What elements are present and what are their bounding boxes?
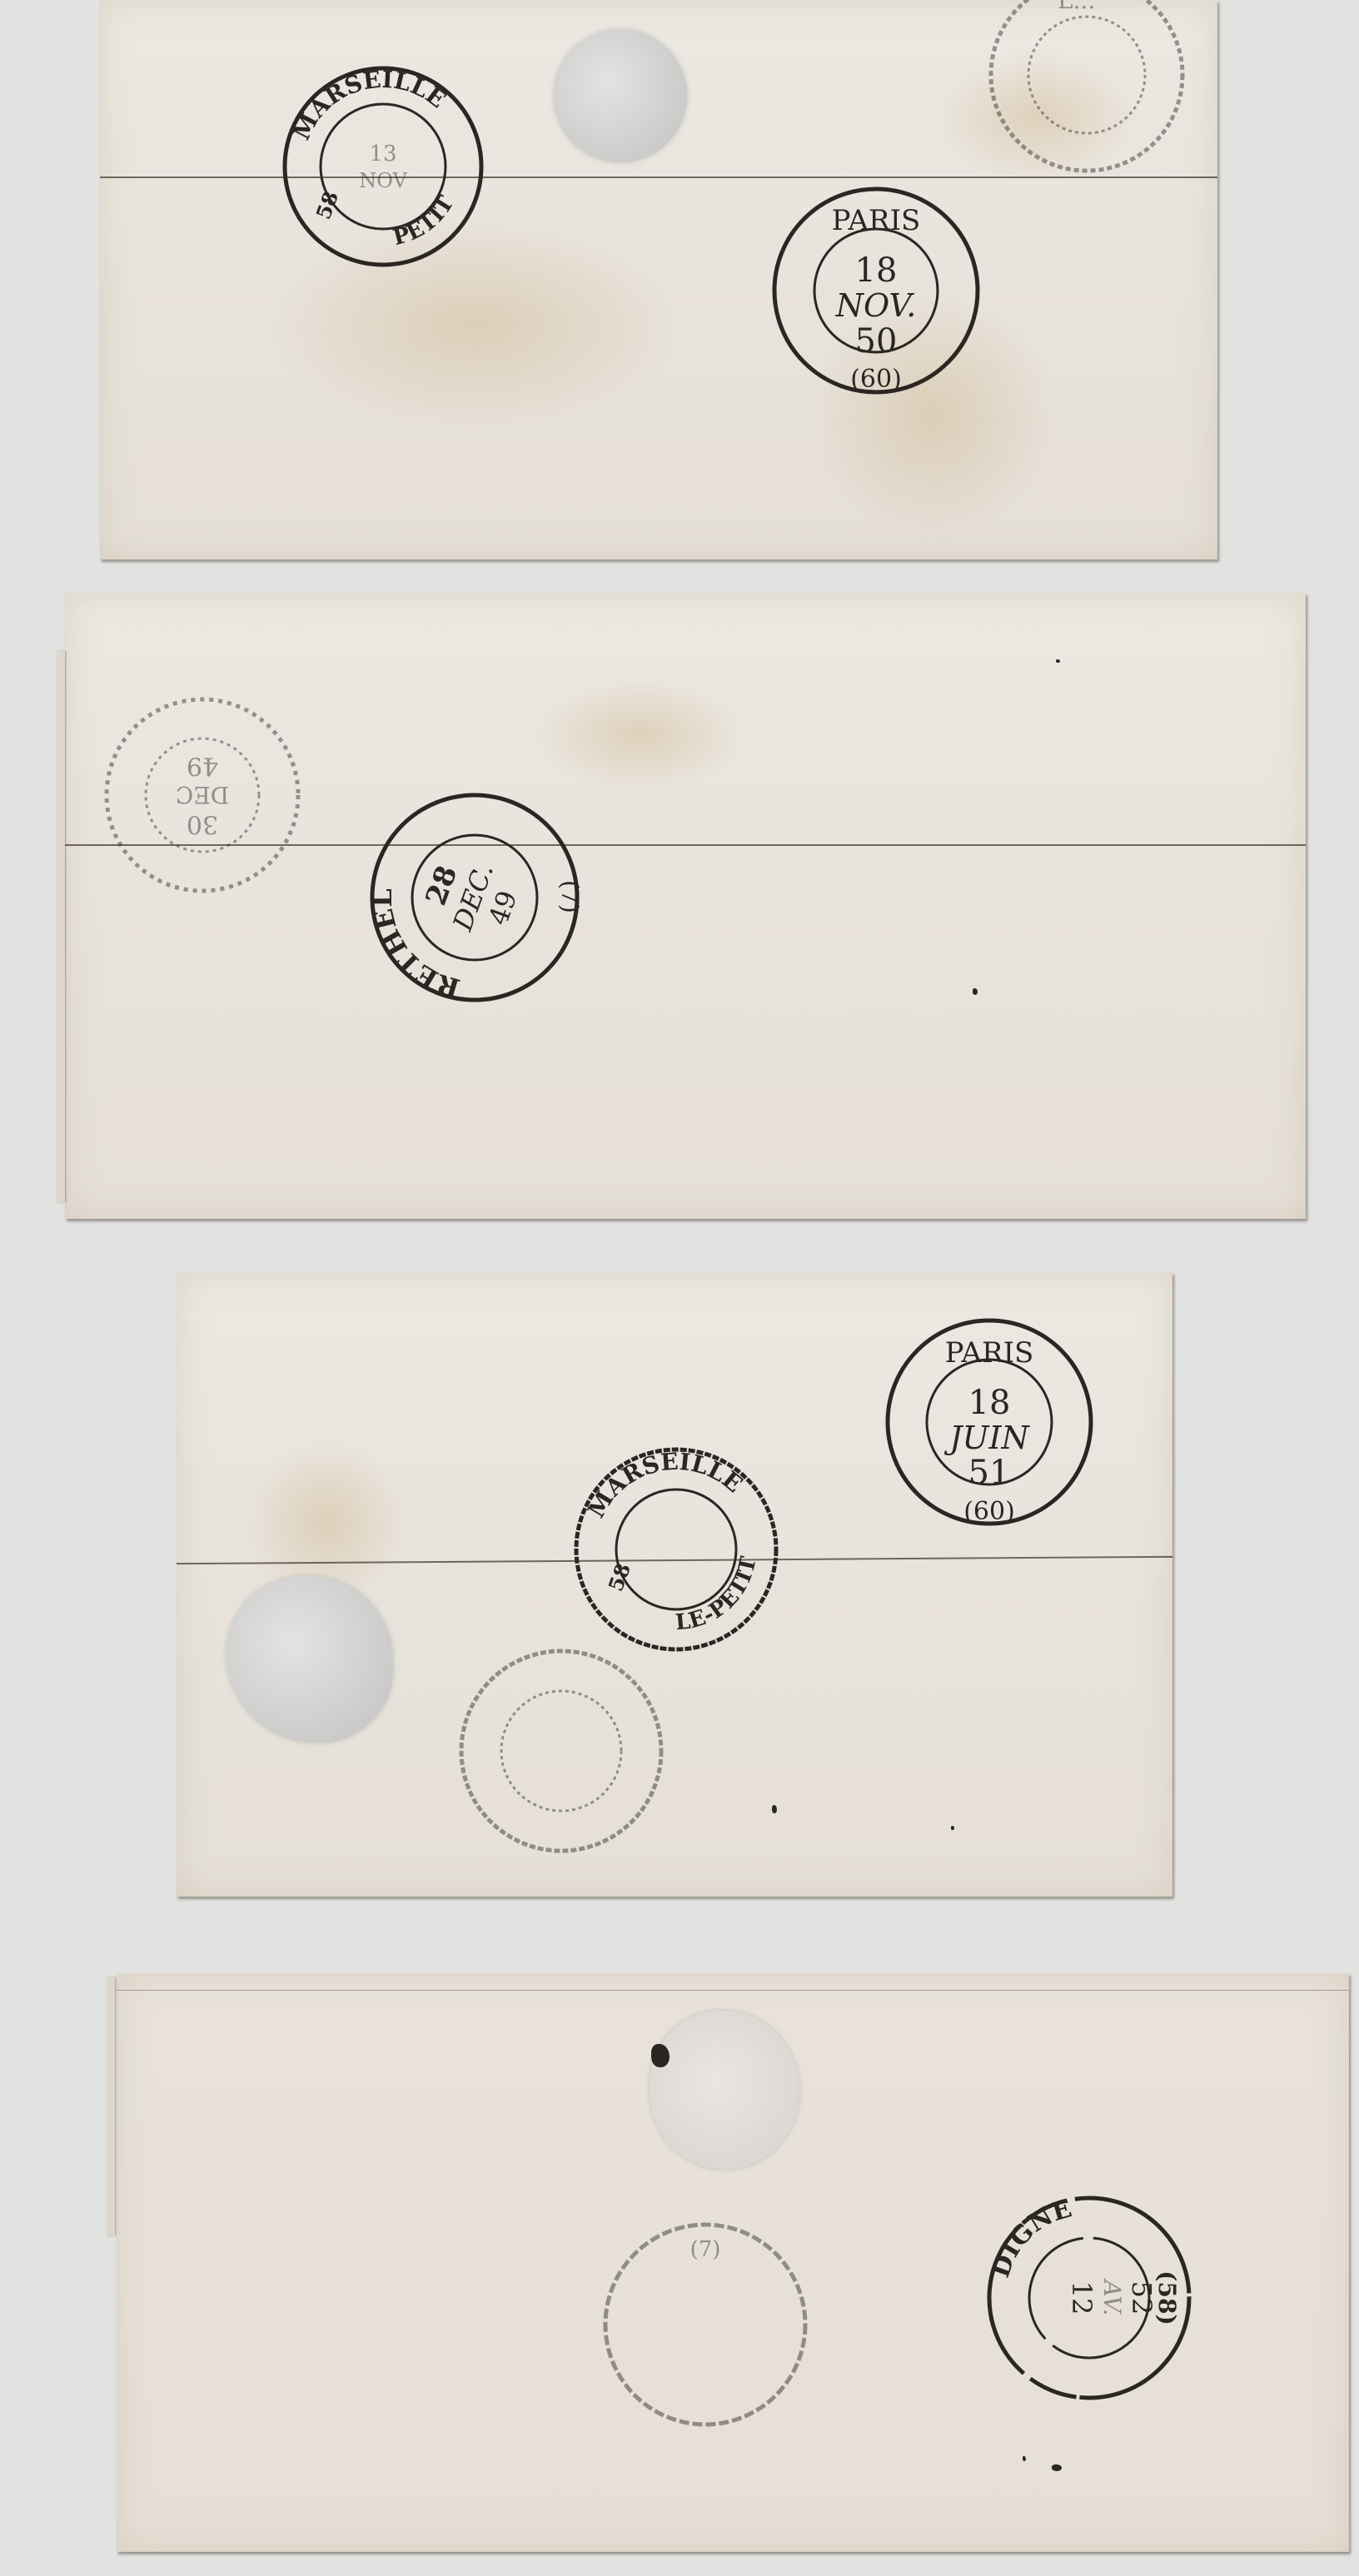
postmark-paris: PARIS 18 NOV. 50 (60) <box>770 183 983 398</box>
postmark-paris: PARIS 18 JUIN 51 (60) <box>883 1315 1096 1529</box>
svg-text:JUIN: JUIN <box>943 1420 1030 1456</box>
svg-text:51: 51 <box>968 1454 1011 1492</box>
wax-seal <box>226 1576 393 1743</box>
svg-text:NOV: NOV <box>359 169 407 192</box>
svg-text:12: 12 <box>1066 2281 1098 2315</box>
svg-text:52: 52 <box>1126 2281 1157 2315</box>
svg-text:DEC: DEC <box>176 781 229 808</box>
letter-cover-2: 30 DEC 49 RETHEL (7) 28 DEC. 49 <box>65 593 1306 1219</box>
letter-cover-3: PARIS 18 JUIN 51 (60) MARSEILLE LE-PETIT… <box>177 1272 1172 1897</box>
svg-text:DIGNE: DIGNE <box>986 2194 1075 2281</box>
postmark-digne: DIGNE (58) 12 AV. 52 <box>983 2191 1196 2404</box>
svg-text:49: 49 <box>187 751 218 780</box>
letter-cover-1: MARSEILLE PETIT 58 13 NOV PARIS 18 NOV. … <box>100 0 1217 559</box>
svg-text:LE-PETIT: LE-PETIT <box>675 1554 762 1635</box>
letter-cover-4: (7) DIGNE (58) 12 AV. 52 <box>117 1973 1349 2552</box>
svg-text:NOV.: NOV. <box>835 287 917 324</box>
svg-text:(7): (7) <box>556 880 584 913</box>
postmark-faint <box>455 1643 668 1859</box>
svg-text:58: 58 <box>311 188 343 222</box>
svg-text:PARIS: PARIS <box>945 1336 1034 1370</box>
svg-text:18: 18 <box>855 251 898 290</box>
svg-text:AV.: AV. <box>1098 2277 1126 2315</box>
svg-text:(7): (7) <box>690 2237 721 2262</box>
svg-text:18: 18 <box>968 1384 1011 1422</box>
svg-text:PARIS: PARIS <box>832 204 921 237</box>
svg-text:(60): (60) <box>963 1497 1015 1526</box>
svg-text:L...: L... <box>1058 0 1095 14</box>
svg-text:(60): (60) <box>850 365 902 394</box>
wax-seal <box>554 29 687 162</box>
postmark-faint-dec: 30 DEC 49 <box>98 691 306 899</box>
postmark-rethel: RETHEL (7) 28 DEC. 49 <box>366 788 583 1007</box>
svg-text:13: 13 <box>369 142 396 167</box>
svg-text:50: 50 <box>855 322 898 361</box>
fold-line <box>117 1990 1349 1991</box>
wax-seal-remnant <box>650 2011 799 2169</box>
postmark-marseille-le-petit: MARSEILLE LE-PETIT 58 <box>570 1443 783 1656</box>
postmark-marseille: MARSEILLE PETIT 58 13 NOV <box>279 62 487 271</box>
postmark-faint-l: L... <box>983 0 1191 175</box>
fold-line <box>100 177 1217 178</box>
svg-text:30: 30 <box>187 809 218 838</box>
postmark-faint: (7) <box>600 2219 812 2431</box>
